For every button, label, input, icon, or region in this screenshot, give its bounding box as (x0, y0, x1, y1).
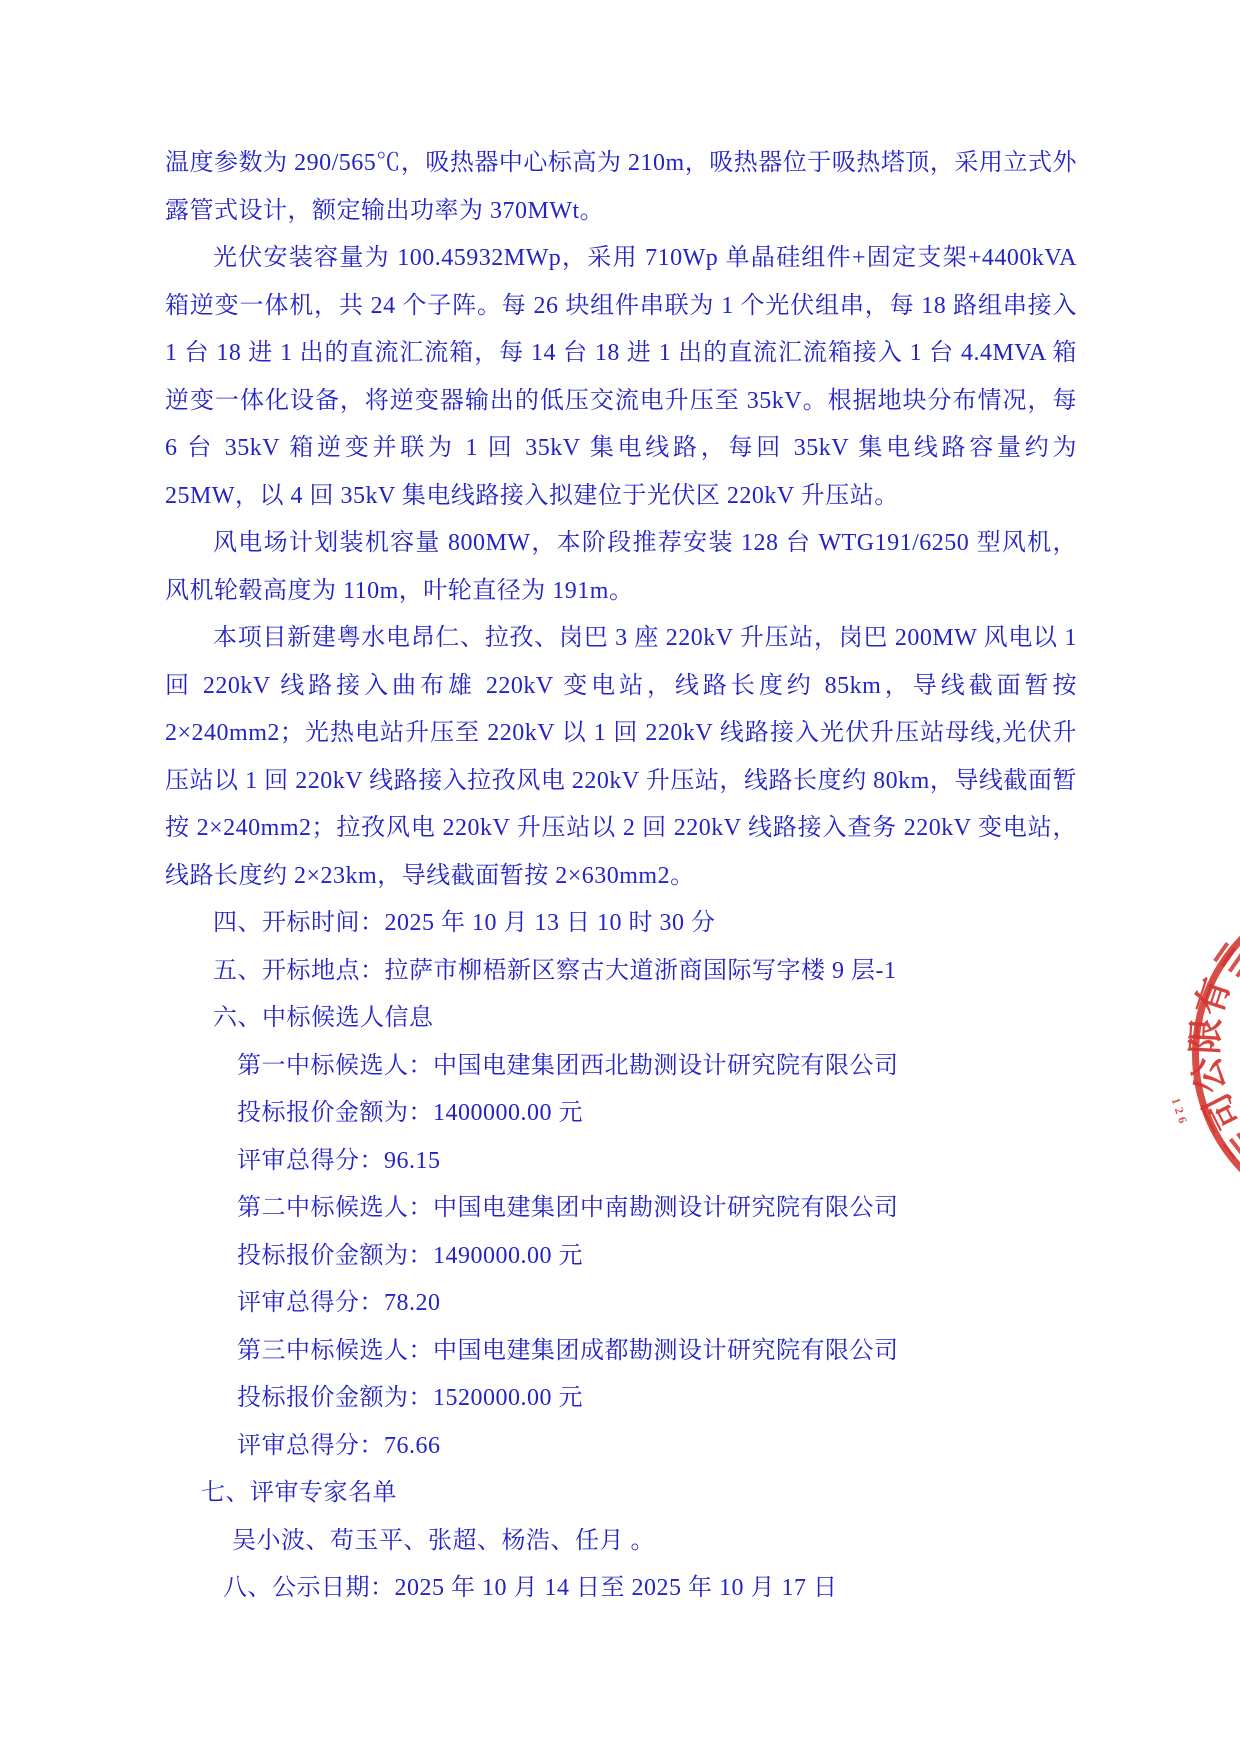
section-bid-opening-time: 四、开标时间：2025 年 10 月 13 日 10 时 30 分 (165, 900, 1077, 948)
paragraph-grid-connection: 本项目新建粤水电昂仁、拉孜、岗巴 3 座 220kV 升压站，岗巴 200MW … (165, 615, 1077, 900)
candidate-3-score-label: 评审总得分： (237, 1433, 384, 1459)
candidate-2-rank-label: 第二中标候选人： (237, 1195, 433, 1221)
candidate-2-price-label: 投标报价金额为： (237, 1243, 433, 1269)
candidate-3-price: 投标报价金额为：1520000.00 元 (165, 1375, 1077, 1423)
candidate-1-rank-label: 第一中标候选人： (237, 1053, 433, 1079)
document-body: 温度参数为 290/565℃，吸热器中心标高为 210m，吸热器位于吸热塔顶，采… (165, 140, 1077, 1613)
candidate-2-score: 评审总得分：78.20 (165, 1280, 1077, 1328)
candidate-2-score-value: 78.20 (384, 1290, 441, 1316)
bid-time-value: 2025 年 10 月 13 日 10 时 30 分 (385, 910, 716, 936)
candidate-1-price: 投标报价金额为：1400000.00 元 (165, 1090, 1077, 1138)
stamp-serial-number: 126 (1168, 1096, 1192, 1129)
candidate-1-score: 评审总得分：96.15 (165, 1138, 1077, 1186)
experts-list: 吴小波、苟玉平、张超、杨浩、任月 。 (165, 1518, 1077, 1566)
candidate-3-company: 中国电建集团成都勘测设计研究院有限公司 (433, 1338, 899, 1364)
candidate-2-price: 投标报价金额为：1490000.00 元 (165, 1233, 1077, 1281)
publicity-date-value: 2025 年 10 月 14 日至 2025 年 10 月 17 日 (395, 1575, 838, 1601)
candidate-1-price-value: 1400000.00 元 (433, 1100, 583, 1126)
document-page: 温度参数为 290/565℃，吸热器中心标高为 210m，吸热器位于吸热塔顶，采… (0, 0, 1240, 1754)
section-bid-opening-place: 五、开标地点：拉萨市柳梧新区察古大道浙商国际写字楼 9 层-1 (165, 948, 1077, 996)
candidate-3-score: 评审总得分：76.66 (165, 1423, 1077, 1471)
bid-place-label: 五、开标地点： (213, 958, 385, 984)
section-publicity-date: 八、公示日期：2025 年 10 月 14 日至 2025 年 10 月 17 … (165, 1565, 1077, 1613)
bid-time-label: 四、开标时间： (213, 910, 385, 936)
bid-place-value: 拉萨市柳梧新区察古大道浙商国际写字楼 9 层-1 (385, 958, 897, 984)
candidate-3-name: 第三中标候选人：中国电建集团成都勘测设计研究院有限公司 (165, 1328, 1077, 1376)
candidate-1-score-label: 评审总得分： (237, 1148, 384, 1174)
candidate-2-company: 中国电建集团中南勘测设计研究院有限公司 (433, 1195, 899, 1221)
candidate-2-price-value: 1490000.00 元 (433, 1243, 583, 1269)
candidate-1-name: 第一中标候选人：中国电建集团西北勘测设计研究院有限公司 (165, 1043, 1077, 1091)
candidate-1-company: 中国电建集团西北勘测设计研究院有限公司 (433, 1053, 899, 1079)
candidate-3-price-value: 1520000.00 元 (433, 1385, 583, 1411)
paragraph-wind-farm: 风电场计划装机容量 800MW，本阶段推荐安装 128 台 WTG191/625… (165, 520, 1077, 615)
candidate-1-score-value: 96.15 (384, 1148, 441, 1174)
candidate-2-name: 第二中标候选人：中国电建集团中南勘测设计研究院有限公司 (165, 1185, 1077, 1233)
section-candidates-heading: 六、中标候选人信息 (165, 995, 1077, 1043)
candidate-1-price-label: 投标报价金额为： (237, 1100, 433, 1126)
section-experts-heading: 七、评审专家名单 (165, 1470, 1077, 1518)
stamp-arc-char: 限 (1186, 1016, 1226, 1056)
publicity-date-label: 八、公示日期： (223, 1575, 395, 1601)
candidate-3-rank-label: 第三中标候选人： (237, 1338, 433, 1364)
candidate-3-price-label: 投标报价金额为： (237, 1385, 433, 1411)
candidate-3-score-value: 76.66 (384, 1433, 441, 1459)
paragraph-photovoltaic: 光伏安装容量为 100.45932MWp，采用 710Wp 单晶硅组件+固定支架… (165, 235, 1077, 520)
candidate-2-score-label: 评审总得分： (237, 1290, 384, 1316)
paragraph-solar-thermal: 温度参数为 290/565℃，吸热器中心标高为 210m，吸热器位于吸热塔顶，采… (165, 140, 1077, 235)
